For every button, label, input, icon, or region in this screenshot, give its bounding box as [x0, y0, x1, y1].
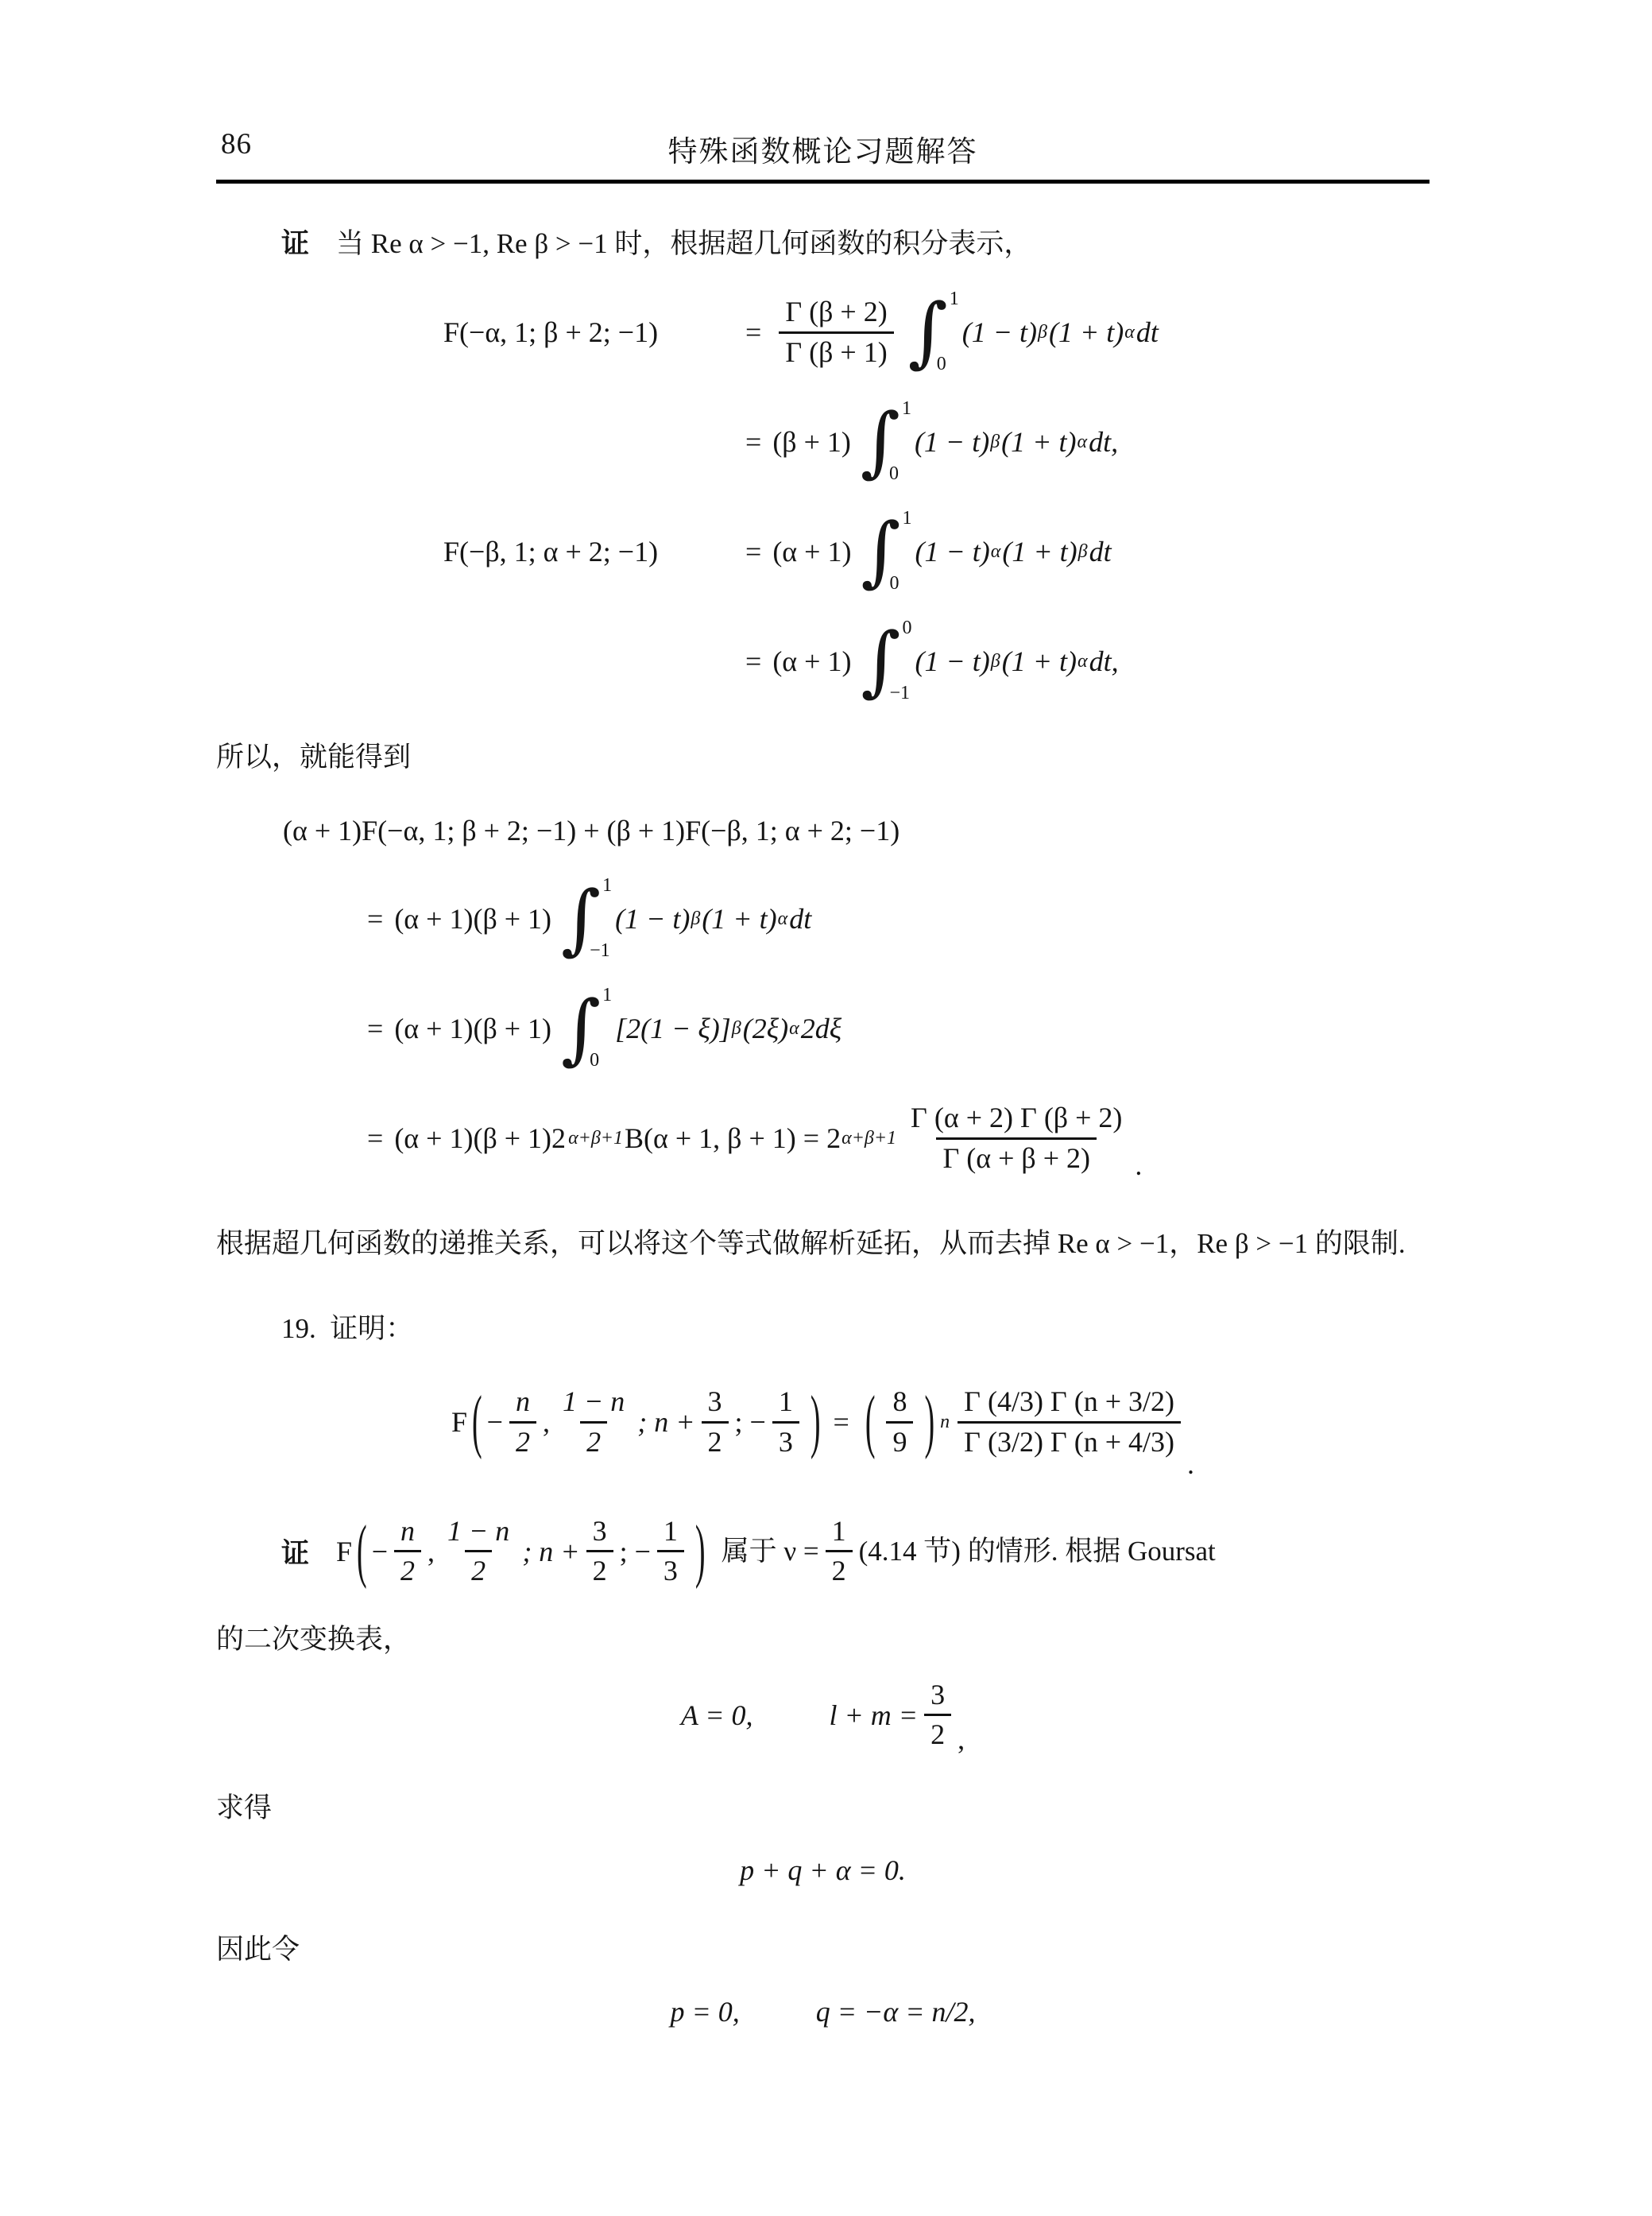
p-equation: p = 0,	[670, 1995, 739, 2028]
integral-lower-limit: 0	[590, 1051, 612, 1070]
exponent: α	[1077, 651, 1088, 672]
fraction-numerator: Γ (β + 2)	[779, 296, 893, 331]
exponent: α	[778, 908, 788, 930]
pq-alpha-equation: p + q + α = 0.	[740, 1854, 906, 1887]
integrand-term: (1 + t)	[1049, 316, 1124, 349]
eq1-line2: = (β + 1) ∫ 1 0 (1 − t)β(1 + t)αdt,	[443, 387, 1430, 497]
semicolon-n-plus: ; n +	[522, 1535, 579, 1568]
exponent: α+β+1	[568, 1128, 623, 1149]
integral-upper-limit: 1	[602, 876, 612, 895]
fraction-denominator: Γ (α + β + 2)	[936, 1137, 1097, 1175]
coefficient: (α + 1)(β + 1)	[394, 1012, 551, 1045]
eqP2-display: p = 0, q = −α = n/2,	[216, 1974, 1430, 2050]
integrand-term: (2ξ)	[743, 1012, 788, 1045]
integral-limits: 1 0	[900, 507, 911, 596]
exponent: α	[1124, 322, 1135, 343]
integral: ∫ 1 0	[861, 397, 911, 486]
eq2-line1: (α + 1)F(−α, 1; β + 2; −1) + (β + 1)F(−β…	[283, 797, 1430, 864]
q-equation: q = −α = n/2,	[816, 1995, 976, 2028]
integrand-term: (1 − t)	[915, 535, 989, 568]
integral-limits: 1 0	[601, 984, 612, 1073]
differential: 2dξ	[801, 1012, 841, 1045]
integrand-term: [2(1 − ξ)]	[615, 1012, 731, 1045]
coefficient: (β + 1)	[772, 425, 851, 459]
integrand-term: (1 − t)	[962, 316, 1037, 349]
integrand-term: (1 − t)	[915, 645, 989, 678]
fraction-1-3: 13	[657, 1515, 684, 1588]
integral: ∫ 1 0	[908, 288, 959, 377]
eqPQ-display: p + q + α = 0.	[216, 1832, 1430, 1908]
comma: ,	[543, 1405, 550, 1439]
belongs-text: 属于 ν =	[722, 1528, 819, 1575]
exponent: α	[1077, 432, 1087, 453]
proof19-label: 证	[281, 1532, 309, 1571]
exponent: β	[1038, 322, 1047, 343]
differential: dt	[789, 902, 811, 936]
eq19-display: F ( − n2 , 1 − n2 ; n + 32 ; − 13 ) = ( …	[216, 1353, 1430, 1492]
equals-sign: =	[367, 1012, 383, 1045]
coefficient: (α + 1)(β + 1)2	[394, 1122, 566, 1155]
exponent: α	[789, 1018, 799, 1040]
fraction-denominator: Γ (β + 1)	[779, 331, 893, 369]
equals-sign: =	[745, 425, 761, 459]
integrand-term: (1 − t)	[615, 902, 690, 936]
integral-upper-limit: 1	[902, 399, 911, 418]
gamma-fraction: Γ (4/3) Γ (n + 3/2)Γ (3/2) Γ (n + 4/3)	[958, 1385, 1181, 1459]
eq2-line2: = (α + 1)(β + 1) ∫ 1 −1 (1 − t)β(1 + t)α…	[367, 864, 1430, 974]
equation-block-1: F(−α, 1; β + 2; −1) = Γ (β + 2) Γ (β + 1…	[216, 277, 1430, 716]
yinci-text: 因此令	[216, 1934, 300, 1965]
qiude-text: 求得	[216, 1792, 272, 1823]
eq1-line3: F(−β, 1; α + 2; −1) = (α + 1) ∫ 1 0 (1 −…	[443, 497, 1430, 606]
fraction-n-2: n2	[509, 1385, 536, 1459]
integral-lower-limit: −1	[590, 941, 612, 960]
comma: ,	[958, 1722, 965, 1767]
item19-text: 证明：	[330, 1313, 413, 1344]
item19-number: 19.	[281, 1313, 316, 1344]
proof19-rest-text: (4.14 节) 的情形. 根据 Goursat	[859, 1528, 1216, 1575]
integral-upper-limit: 1	[950, 289, 959, 308]
beta-function-term: B(α + 1, β + 1) = 2	[625, 1122, 841, 1155]
exponent: β	[1078, 541, 1088, 563]
A-equation: A = 0,	[681, 1699, 753, 1732]
equals-sign: =	[367, 1122, 383, 1155]
so-text: 所以，就能得到	[216, 742, 411, 773]
exponent: α+β+1	[841, 1128, 896, 1149]
proof19-first-line: 证 F ( − n2 , 1 − n2 ; n + 32 ; − 13 ) 属于…	[281, 1492, 1430, 1611]
differential: dt	[1089, 535, 1112, 568]
eq2-l1-expression: (α + 1)F(−α, 1; β + 2; −1) + (β + 1)F(−β…	[283, 814, 900, 847]
eqA-display: A = 0, l + m = 32 ,	[216, 1664, 1430, 1767]
integral: ∫ 1 0	[861, 507, 911, 596]
semicolon-minus: ; −	[620, 1535, 651, 1568]
period: .	[1187, 1447, 1194, 1492]
integrand-term: (1 + t)	[702, 902, 776, 936]
fraction-n-2: n2	[394, 1515, 421, 1588]
integral: ∫ 1 0	[561, 984, 612, 1073]
proof18-label: 证	[281, 228, 309, 259]
exponent: β	[991, 651, 1000, 672]
page-header: 86 特殊函数概论习题解答	[216, 127, 1430, 169]
integral-upper-limit: 0	[902, 618, 911, 637]
book-page: 86 特殊函数概论习题解答 证当 Re α > −1, Re β > −1 时，…	[0, 0, 1652, 2082]
so-paragraph: 所以，就能得到	[216, 734, 1430, 781]
fraction-1-n-2: 1 − n2	[556, 1385, 631, 1459]
item19-heading: 19. 证明：	[216, 1305, 1430, 1353]
differential: dt,	[1089, 425, 1118, 459]
equals-sign: =	[834, 1405, 849, 1439]
integral: ∫ 0 −1	[861, 617, 911, 706]
eq2-line3: = (α + 1)(β + 1) ∫ 1 0 [2(1 − ξ)]β(2ξ)α2…	[367, 974, 1430, 1083]
integrand-term: (1 + t)	[1002, 645, 1077, 678]
integral-limits: 0 −1	[900, 617, 911, 706]
proof18-outro-paragraph: 根据超几何函数的递推关系，可以将这个等式做解析延拓，从而去掉 Re α > −1…	[216, 1220, 1430, 1268]
fraction-numerator: Γ (α + 2) Γ (β + 2)	[904, 1102, 1128, 1137]
lm-equation: l + m =	[830, 1699, 919, 1732]
eq1-line4: = (α + 1) ∫ 0 −1 (1 − t)β(1 + t)αdt,	[443, 606, 1430, 716]
left-paren: (	[865, 1381, 876, 1463]
fraction-1-n-2: 1 − n2	[441, 1515, 516, 1588]
exponent: α	[991, 541, 1001, 563]
eq1-l3-lhs: F(−β, 1; α + 2; −1)	[443, 535, 745, 568]
eq2-line4: = (α + 1)(β + 1)2α+β+1 B(α + 1, β + 1) =…	[367, 1083, 1430, 1193]
integrand-term: (1 − t)	[915, 425, 989, 459]
hypergeometric-F: F	[336, 1535, 352, 1568]
semicolon-n-plus: ; n +	[637, 1405, 694, 1439]
integral-limits: 1 0	[900, 397, 911, 486]
left-paren: (	[472, 1381, 482, 1463]
exponent: β	[732, 1018, 741, 1040]
proof18-intro-text: 当 Re α > −1, Re β > −1 时，根据超几何函数的积分表示，	[336, 228, 1031, 259]
right-paren: )	[695, 1510, 706, 1592]
fraction-3-2: 32	[702, 1385, 729, 1459]
integral-lower-limit: 0	[889, 574, 911, 593]
gamma-fraction: Γ (α + 2) Γ (β + 2) Γ (α + β + 2)	[904, 1102, 1128, 1175]
equals-sign: =	[745, 535, 761, 568]
fraction-1-3: 13	[772, 1385, 799, 1459]
equals-sign: =	[745, 645, 761, 678]
integral-lower-limit: −1	[889, 684, 911, 703]
integrand-term: (1 + t)	[1002, 535, 1077, 568]
proof18-intro-paragraph: 证当 Re α > −1, Re β > −1 时，根据超几何函数的积分表示，	[216, 220, 1430, 268]
right-paren: )	[924, 1381, 934, 1463]
left-paren: (	[357, 1510, 367, 1592]
period: .	[1135, 1149, 1142, 1193]
comma: ,	[428, 1535, 435, 1568]
gamma-fraction: Γ (β + 2) Γ (β + 1)	[779, 296, 893, 369]
integral-limits: 1 −1	[601, 874, 612, 963]
equals-sign: =	[367, 902, 383, 936]
semicolon-minus: ; −	[735, 1405, 766, 1439]
proof19-line2-text: 的二次变换表，	[216, 1624, 411, 1655]
exponent: β	[990, 432, 1000, 453]
coefficient: (α + 1)	[772, 645, 851, 678]
eq1-line1: F(−α, 1; β + 2; −1) = Γ (β + 2) Γ (β + 1…	[443, 277, 1430, 387]
fraction-3-2: 32	[924, 1679, 951, 1752]
fraction-8-9: 89	[886, 1385, 913, 1459]
differential: dt,	[1089, 645, 1119, 678]
right-paren: )	[811, 1381, 821, 1463]
integral-limits: 1 0	[948, 288, 959, 377]
qiude-paragraph: 求得	[216, 1784, 1430, 1832]
differential: dt	[1136, 316, 1159, 349]
minus-sign: −	[487, 1405, 503, 1439]
integral-upper-limit: 1	[902, 509, 911, 528]
equals-sign: =	[745, 316, 761, 349]
header-title: 特殊函数概论习题解答	[216, 127, 1430, 170]
fraction-1-2: 12	[826, 1515, 853, 1588]
fraction-3-2: 32	[586, 1515, 613, 1588]
minus-sign: −	[372, 1535, 388, 1568]
eq1-l1-lhs: F(−α, 1; β + 2; −1)	[443, 316, 745, 349]
coefficient: (α + 1)	[772, 535, 851, 568]
integral-lower-limit: 0	[889, 464, 911, 483]
integral-upper-limit: 1	[602, 986, 612, 1005]
integral-lower-limit: 0	[937, 354, 959, 374]
proof19-second-line: 的二次变换表，	[216, 1616, 1430, 1664]
proof18-outro-text: 根据超几何函数的递推关系，可以将这个等式做解析延拓，从而去掉 Re α > −1…	[216, 1228, 1406, 1259]
equation-block-2: (α + 1)F(−α, 1; β + 2; −1) + (β + 1)F(−β…	[216, 797, 1430, 1193]
exponent-n: n	[940, 1412, 950, 1433]
hypergeometric-F: F	[451, 1405, 467, 1439]
yinci-paragraph: 因此令	[216, 1926, 1430, 1974]
header-rule	[216, 180, 1430, 184]
exponent: β	[691, 908, 700, 930]
coefficient: (α + 1)(β + 1)	[394, 902, 551, 936]
integral: ∫ 1 −1	[561, 874, 612, 963]
integrand-term: (1 + t)	[1001, 425, 1076, 459]
